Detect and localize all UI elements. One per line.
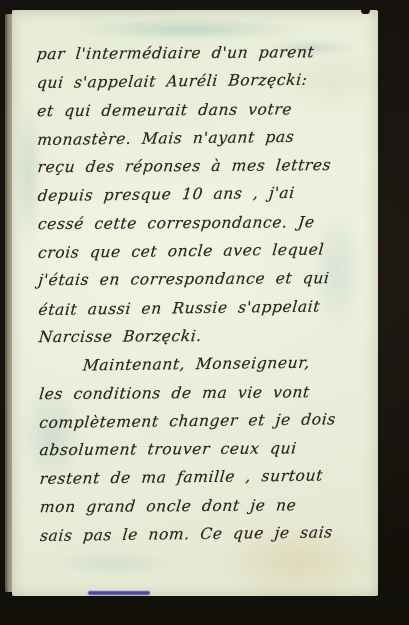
letter-line: reçu des réponses à mes lettres <box>36 156 369 187</box>
letter-line: mon grand oncle dont je ne <box>38 496 371 527</box>
letter-line: était aussi en Russie s'appelait <box>37 297 370 329</box>
letter-line: sais pas le nom. Ce que je sais <box>38 523 371 555</box>
scanned-letter-page: par l'intermédiaire d'un parent qui s'ap… <box>0 0 409 625</box>
handwritten-text-block: par l'intermédiaire d'un parent qui s'ap… <box>36 43 370 555</box>
letter-line: cessé cette correspondance. Je <box>36 213 369 244</box>
letter-line: qui s'appelait Auréli Borzęcki: <box>35 70 368 102</box>
letter-line: j'étais en correspondance et qui <box>37 269 370 300</box>
letter-line: par l'intermédiaire d'un parent <box>35 43 368 74</box>
bottom-edge-ink-mark <box>88 591 150 595</box>
letter-line: restent de ma famille , surtout <box>38 466 371 498</box>
ink-bleedthrough <box>72 18 302 40</box>
letter-line: et qui demeurait dans votre <box>35 99 368 130</box>
letter-line: absolument trouver ceux qui <box>38 439 371 470</box>
letter-paper: par l'intermédiaire d'un parent qui s'ap… <box>12 10 378 596</box>
letter-line: Maintenant, Monseigneur, <box>37 353 370 385</box>
letter-line: depuis presque 10 ans , j'ai <box>36 183 369 215</box>
letter-line: Narcisse Borzęcki. <box>37 326 370 357</box>
letter-line: crois que cet oncle avec lequel <box>36 240 369 272</box>
paper-notch <box>361 9 370 14</box>
letter-line: les conditions de ma vie vont <box>37 382 370 413</box>
letter-line: complètement changer et je dois <box>37 410 370 442</box>
letter-line: monastère. Mais n'ayant pas <box>36 127 369 159</box>
